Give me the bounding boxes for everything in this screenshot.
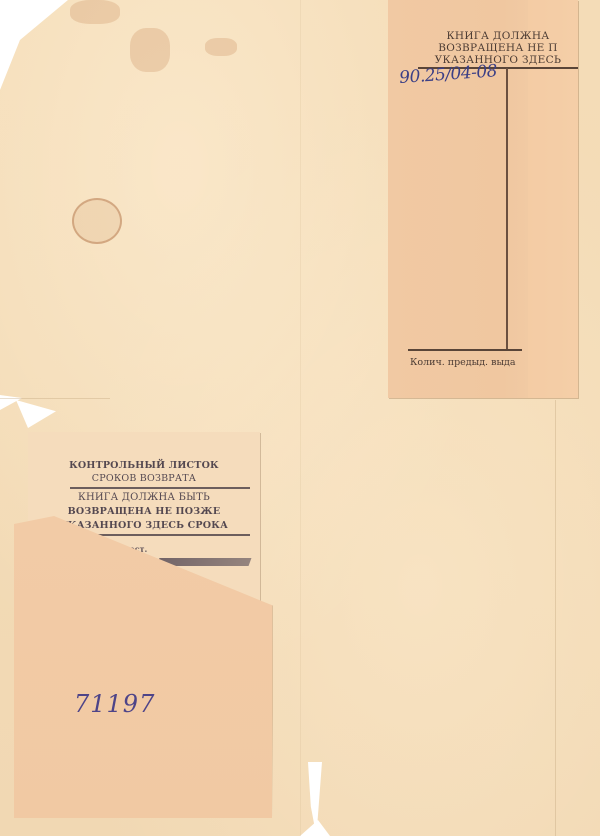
water-stain [70,0,120,24]
crease [300,0,301,836]
inventory-number: 71197 [74,690,155,718]
return-date-slip: КНИГА ДОЛЖНА ВОЗВРАЩЕНА НЕ П УКАЗАННОГО … [388,0,578,398]
scanned-page: КНИГА ДОЛЖНА ВОЗВРАЩЕНА НЕ П УКАЗАННОГО … [0,0,600,836]
slip-rule [408,349,522,351]
card-title: КОНТРОЛЬНЫЙ ЛИСТОК [28,460,260,471]
ring-stain [72,198,122,244]
card-line: ВОЗВРАЩЕНА НЕ ПОЗЖЕ [28,506,260,517]
water-stain [205,38,237,56]
card-rule [70,487,250,489]
card-line: КНИГА ДОЛЖНА БЫТЬ [28,492,260,503]
water-stain [130,28,170,72]
card-subtitle: СРОКОВ ВОЗВРАТА [28,473,260,484]
crease [555,400,556,836]
slip-header: КНИГА ДОЛЖНА ВОЗВРАЩЕНА НЕ П УКАЗАННОГО … [418,30,578,66]
slip-footer: Колич. предыд. выда [410,357,516,368]
slip-header-line: КНИГА ДОЛЖНА [418,30,578,42]
crease [0,398,110,399]
slip-column-divider [506,68,508,350]
slip-header-line: ВОЗВРАЩЕНА НЕ П [418,42,578,54]
